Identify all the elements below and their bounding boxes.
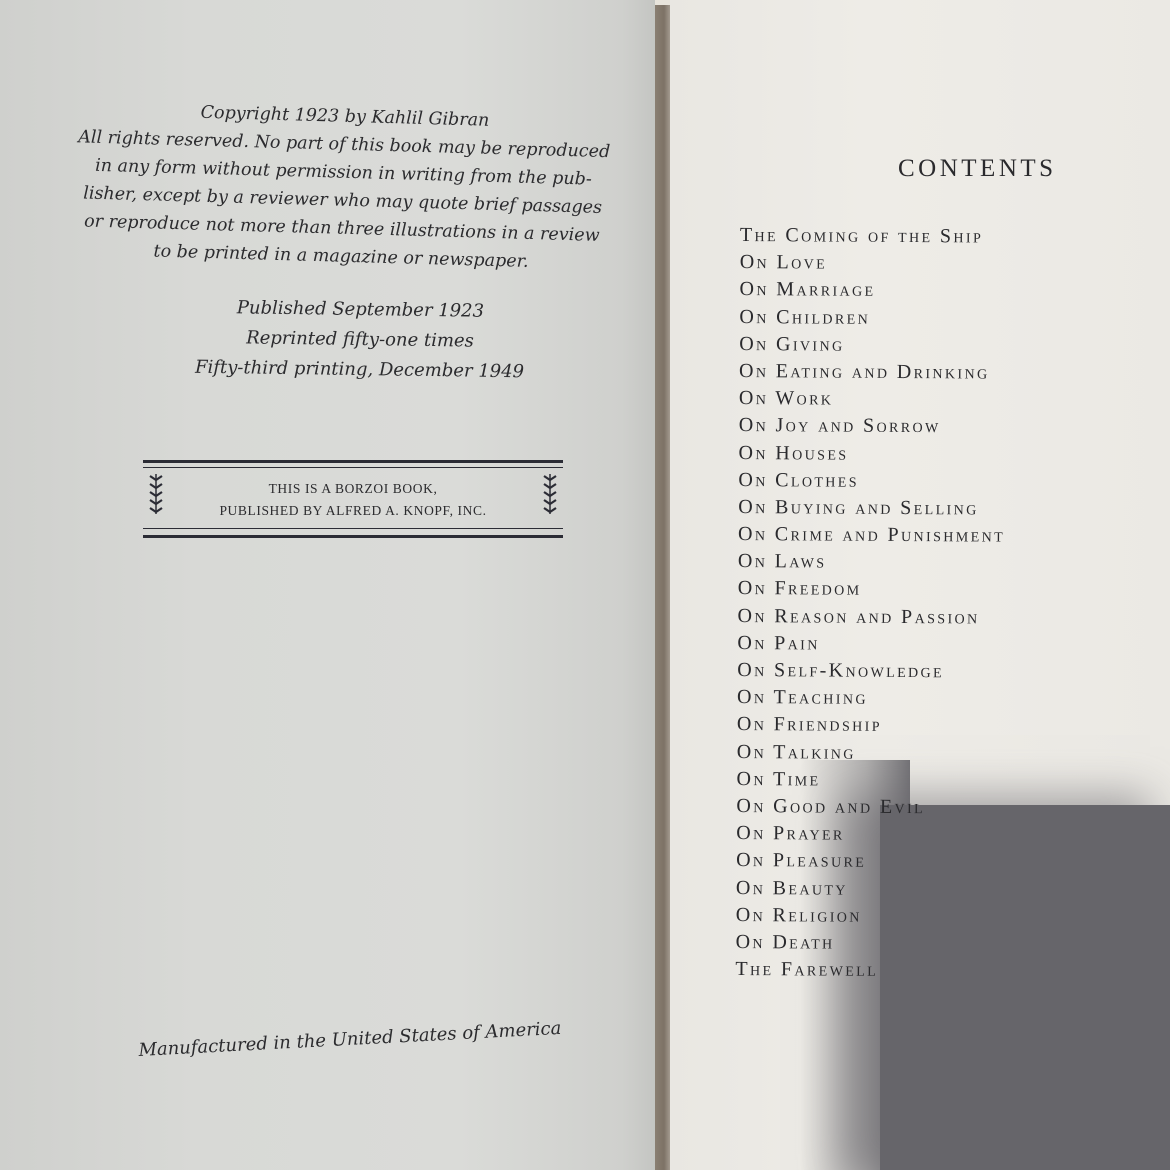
borzoi-line: THIS IS A BORZOI BOOK,	[171, 478, 535, 500]
laurel-sprig-icon	[541, 472, 559, 516]
publication-line: Fifty-third printing, December 1949	[149, 352, 569, 388]
borzoi-text: THIS IS A BORZOI BOOK, PUBLISHED BY ALFR…	[171, 478, 535, 522]
bottom-thin-rule	[143, 528, 563, 529]
toc-item: On Freedom	[738, 575, 1005, 604]
toc-item: On Clothes	[738, 467, 1005, 496]
toc-item: On Friendship	[737, 711, 1004, 740]
toc-item: On Pleasure	[736, 847, 1003, 876]
table-of-contents: The Coming of the Ship On Love On Marria…	[735, 222, 1007, 985]
toc-item: On Time	[737, 766, 1004, 795]
manufactured-notice: Manufactured in the United States of Ame…	[138, 1018, 562, 1061]
publication-history: Published September 1923 Reprinted fifty…	[149, 292, 570, 388]
toc-item: On Beauty	[736, 874, 1003, 903]
toc-item: The Coming of the Ship	[740, 222, 1007, 251]
top-thick-rule	[143, 460, 563, 463]
toc-item: On Death	[736, 929, 1003, 958]
toc-item: The Farewell	[735, 956, 1002, 985]
toc-item: On Children	[739, 304, 1006, 333]
toc-item: On Good and Evil	[736, 793, 1003, 822]
toc-item: On Houses	[739, 439, 1006, 468]
left-page: Copyright 1923 by Kahlil Gibran All righ…	[0, 0, 655, 1170]
toc-item: On Giving	[739, 331, 1006, 360]
toc-item: On Eating and Drinking	[739, 358, 1006, 387]
toc-item: On Love	[740, 249, 1007, 278]
bottom-thick-rule	[143, 535, 563, 538]
top-thin-rule	[143, 467, 563, 468]
spine-top-edge	[655, 0, 670, 5]
toc-item: On Joy and Sorrow	[739, 412, 1006, 441]
toc-item: On Buying and Selling	[738, 494, 1005, 523]
toc-item: On Work	[739, 385, 1006, 414]
book-spine-gutter	[655, 0, 670, 1170]
toc-item: On Prayer	[736, 820, 1003, 849]
borzoi-line: PUBLISHED BY ALFRED A. KNOPF, INC.	[171, 500, 535, 522]
toc-item: On Talking	[737, 739, 1004, 768]
toc-item: On Teaching	[737, 684, 1004, 713]
laurel-sprig-icon	[147, 472, 165, 516]
toc-item: On Laws	[738, 548, 1005, 577]
toc-item: On Reason and Passion	[738, 603, 1005, 632]
borzoi-colophon-box: THIS IS A BORZOI BOOK, PUBLISHED BY ALFR…	[143, 460, 563, 540]
toc-item: On Crime and Punishment	[738, 521, 1005, 550]
contents-title: CONTENTS	[898, 155, 1057, 183]
copyright-notice: Copyright 1923 by Kahlil Gibran All righ…	[63, 95, 622, 278]
toc-item: On Marriage	[740, 276, 1007, 305]
toc-item: On Pain	[737, 630, 1004, 659]
toc-item: On Religion	[736, 902, 1003, 931]
toc-item: On Self-Knowledge	[737, 657, 1004, 686]
